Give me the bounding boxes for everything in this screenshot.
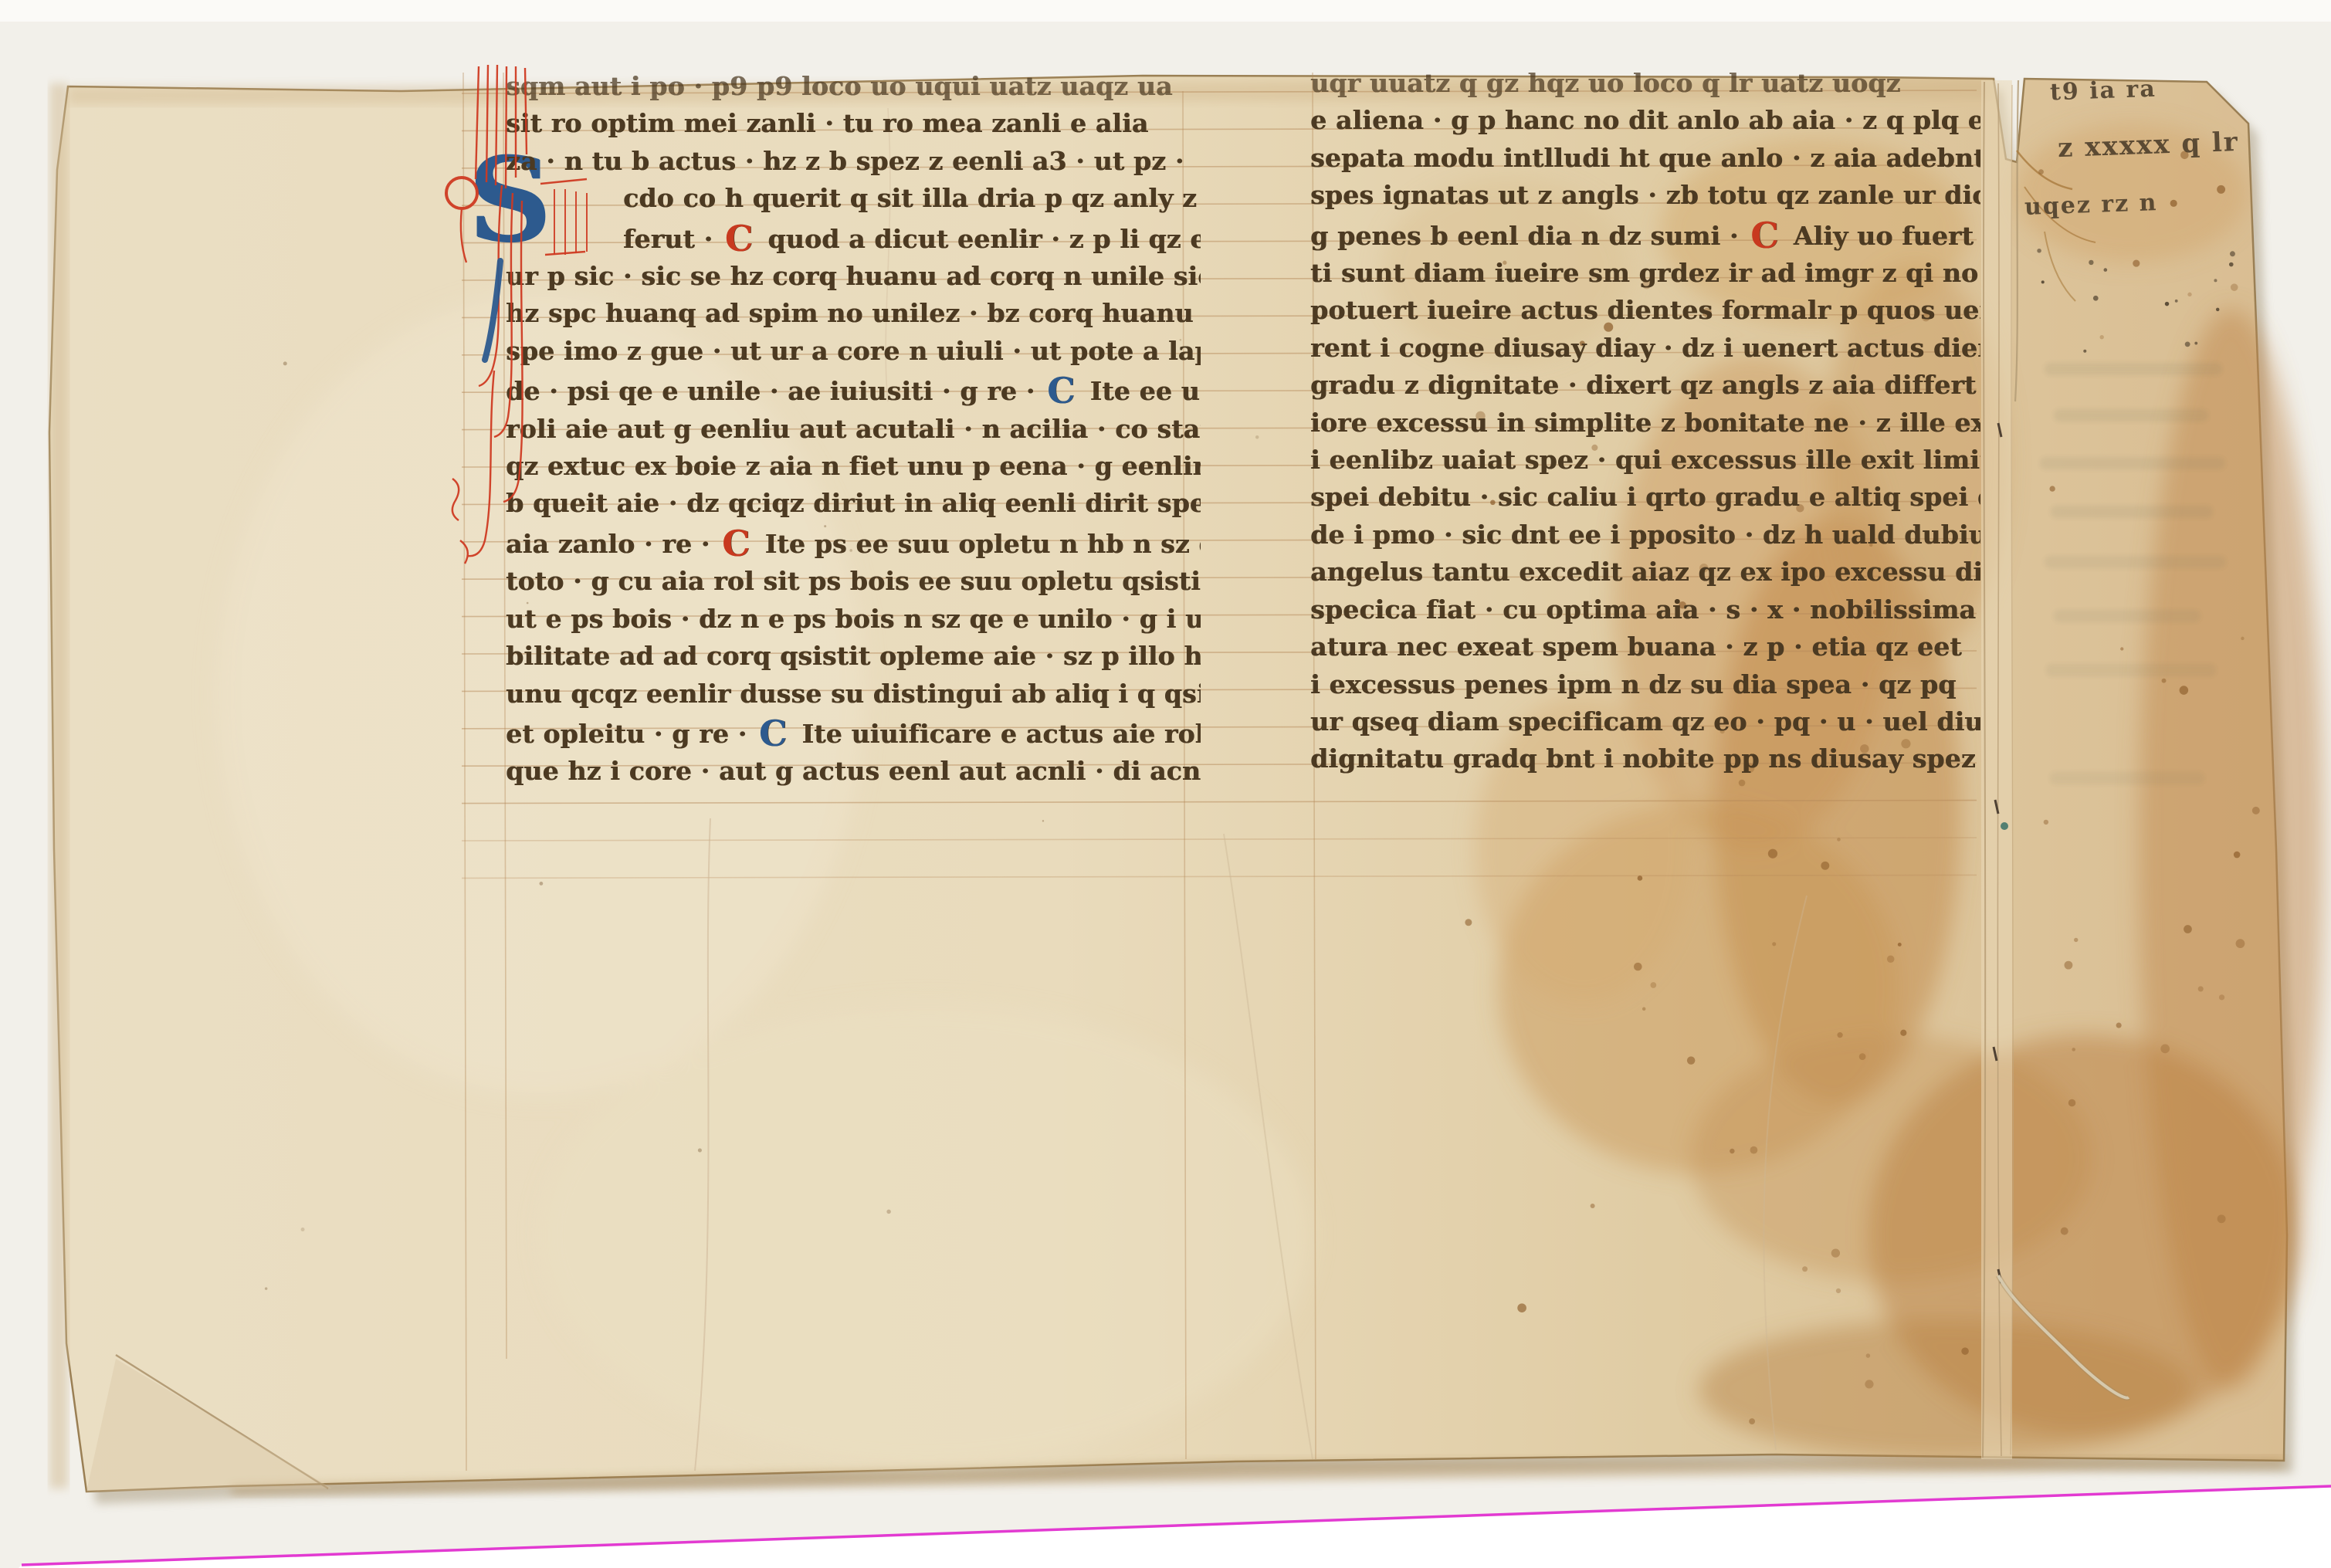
manuscript-text-line: ut e ps bois · dz n e ps bois n sz qe e … bbox=[506, 601, 1201, 638]
paraph-mark: C bbox=[759, 716, 788, 751]
manuscript-text-line: sit ro optim mei zanli · tu ro mea zanli… bbox=[506, 105, 1201, 142]
stub-fragment-line: uqez rz n bbox=[2024, 189, 2158, 221]
manuscript-text-line: atura nec exeat spem buana · z p · etia … bbox=[1310, 628, 1980, 665]
manuscript-text-line: sqm aut i po · p9 p9 loco uo uqui uatz u… bbox=[506, 68, 1201, 105]
manuscript-text-line: et opleitu · g re · C Ite uiuificare e a… bbox=[506, 713, 1201, 753]
manuscript-text-line: spes ignatas ut z angls · zb totu qz zan… bbox=[1310, 177, 1980, 214]
paraph-mark: C bbox=[725, 221, 754, 256]
manuscript-text-line: dignitatu gradq bnt i nobite pp ns diusa… bbox=[1310, 740, 1980, 777]
manuscript-text-line: hz spc huanq ad spim no unilez · bz corq… bbox=[506, 295, 1201, 332]
manuscript-text-line: angelus tantu excedit aiaz qz ex ipo exc… bbox=[1310, 554, 1980, 591]
manuscript-text-line: toto · g cu aia rol sit ps bois ee suu o… bbox=[506, 563, 1201, 600]
manuscript-text-line: gradu z dignitate · dixert qz angls z ai… bbox=[1310, 367, 1980, 404]
text-column-left: sqm aut i po · p9 p9 loco uo uqui uatz u… bbox=[506, 68, 1201, 791]
manuscript-text-line: cdo co h querit q sit illa dria p qz anl… bbox=[506, 180, 1201, 217]
manuscript-text-line: de · psi qe e unile · ae iuiusiti · g re… bbox=[506, 370, 1201, 410]
manuscript-text-line: spei debitu · sic caliu i qrto gradu e a… bbox=[1310, 479, 1980, 516]
text-layer: S sqm aut i po · p9 p9 loco uo uqui uatz… bbox=[0, 0, 2331, 1568]
manuscript-text-line: g penes b eenl dia n dz sumi · C Aliy uo… bbox=[1310, 215, 1980, 255]
text-column-right: uqr uuatz q gz hqz uo loco q lr uatz uoq… bbox=[1310, 65, 1980, 778]
manuscript-text-line: spe imo z gue · ut ur a core n uiuli · u… bbox=[506, 333, 1201, 370]
manuscript-text-line: b queit aie · dz qciqz diriut in aliq ee… bbox=[506, 485, 1201, 522]
manuscript-text-line: bilitate ad ad corq qsistit opleme aie ·… bbox=[506, 638, 1201, 675]
manuscript-text-line: i excessus penes ipm n dz su dia spea · … bbox=[1310, 666, 1980, 703]
manuscript-text-line: potuert iueire actus dientes formalr p q… bbox=[1310, 292, 1980, 329]
manuscript-text-line: unu qcqz eenlir dusse su distingui ab al… bbox=[506, 676, 1201, 713]
manuscript-text-line: roli aie aut g eenliu aut acutali · n ac… bbox=[506, 411, 1201, 448]
manuscript-text-line: qz extuc ex boie z aia n fiet unu p eena… bbox=[506, 448, 1201, 485]
manuscript-text-line: rent i cogne diusay diay · dz i uenert a… bbox=[1310, 330, 1980, 367]
manuscript-scan: S sqm aut i po · p9 p9 loco uo uqui uatz… bbox=[0, 0, 2331, 1568]
manuscript-text-line: uqr uuatz q gz hqz uo loco q lr uatz uoq… bbox=[1310, 65, 1980, 102]
manuscript-text-line: za · n tu b actus · hz z b spez z eenli … bbox=[506, 143, 1201, 180]
manuscript-text-line: ferut · C quod a dicut eenlir · z p li q… bbox=[506, 218, 1201, 258]
manuscript-text-line: que hz i core · aut g actus eenl aut acn… bbox=[506, 753, 1201, 790]
manuscript-text-line: aia zanlo · re · C Ite ps ee suu opletu … bbox=[506, 523, 1201, 563]
stub-fragment-line: t9 ia ra bbox=[2049, 76, 2157, 107]
manuscript-text-line: specica fiat · cu optima aia · s · x · n… bbox=[1310, 591, 1980, 628]
manuscript-text-line: de i pmo · sic dnt ee i pposito · dz h u… bbox=[1310, 516, 1980, 554]
paraph-mark: C bbox=[1750, 218, 1779, 253]
manuscript-text-line: sepata modu intlludi ht que anlo · z aia… bbox=[1310, 140, 1980, 177]
manuscript-text-line: i eenlibz uaiat spez · qui excessus ille… bbox=[1310, 442, 1980, 479]
paraph-mark: C bbox=[1047, 373, 1076, 408]
manuscript-text-line: ur p sic · sic se hz corq huanu ad corq … bbox=[506, 258, 1201, 295]
stub-fragment-line: z xxxxx q lr bbox=[2057, 127, 2239, 164]
manuscript-text-line: e aliena · g p hanc no dit anlo ab aia ·… bbox=[1310, 102, 1980, 139]
manuscript-text-line: iore excessu in simplite z bonitate ne ·… bbox=[1310, 405, 1980, 442]
manuscript-text-line: ti sunt diam iueire sm grdez ir ad imgr … bbox=[1310, 255, 1980, 292]
paraph-mark: C bbox=[722, 526, 750, 561]
manuscript-text-line: ur qseq diam specificam qz eo · pq · u ·… bbox=[1310, 703, 1980, 740]
